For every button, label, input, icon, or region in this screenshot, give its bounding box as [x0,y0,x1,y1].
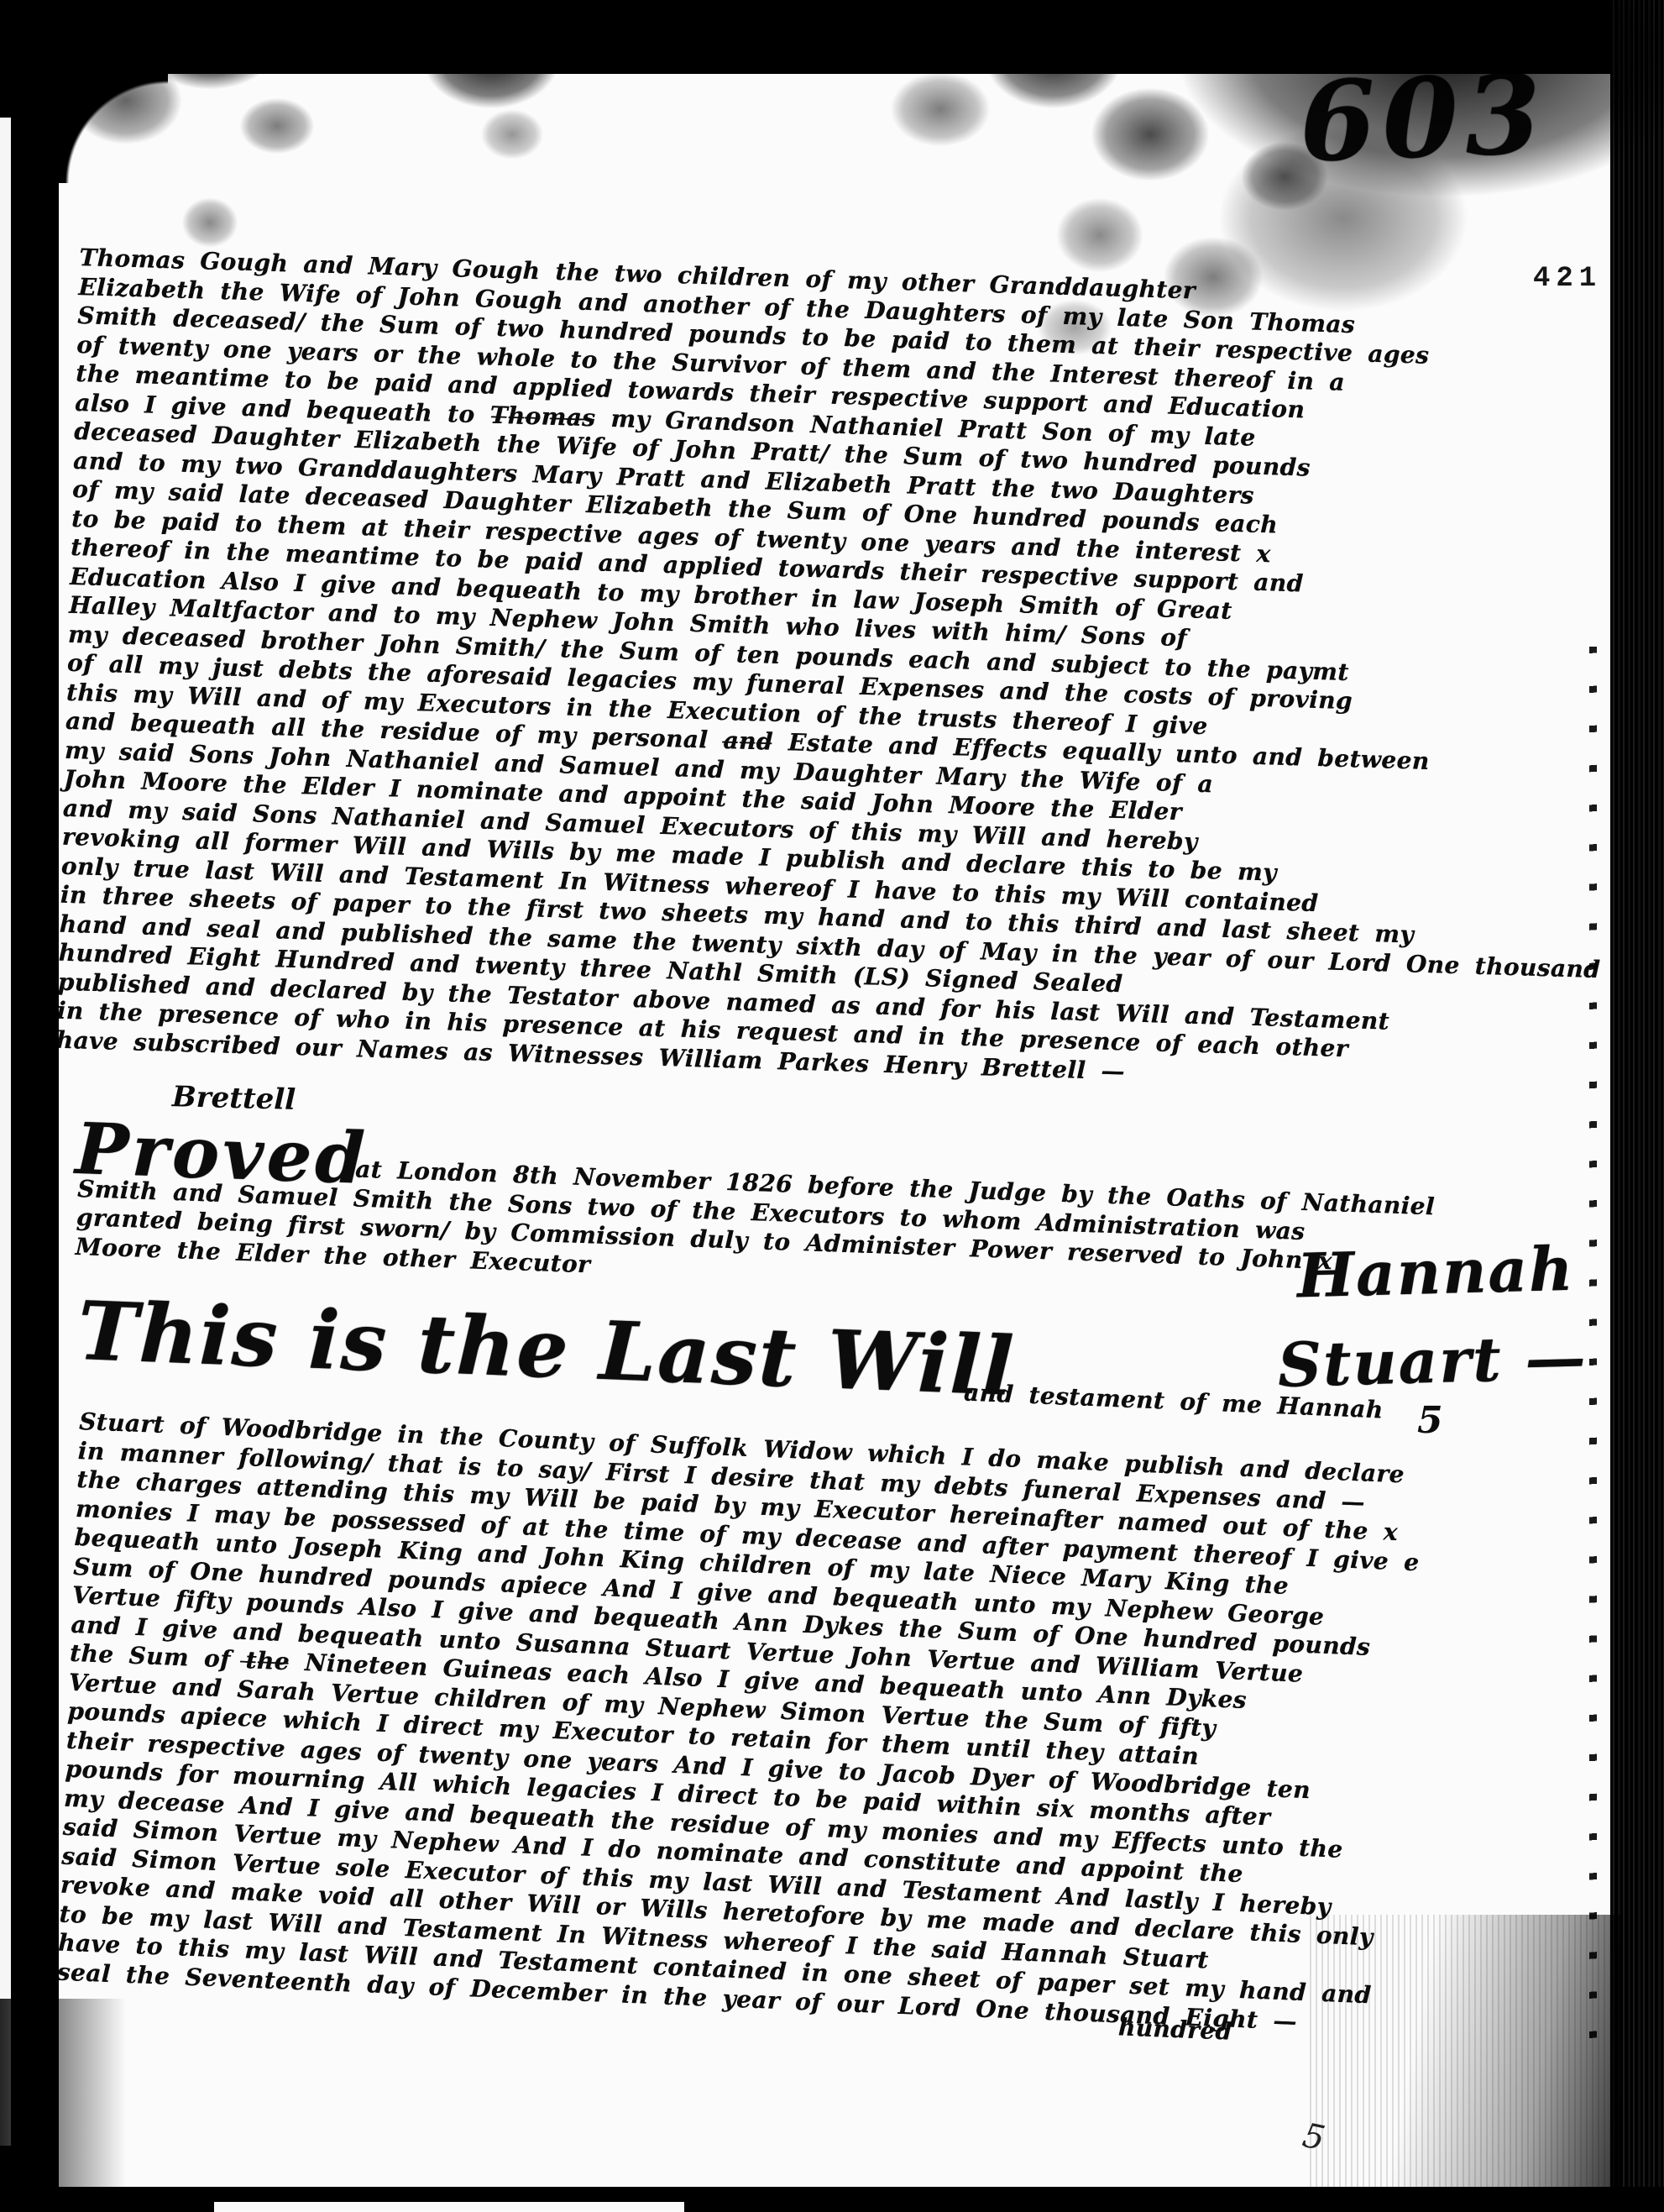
proved-heading: Proved [74,1107,369,1200]
first-will-text-block: Thomas Gough and Mary Gough the two chil… [55,244,1363,1093]
binding-stitch-marks [1589,647,1597,2066]
carryover-word: hundred [1117,2013,1232,2047]
margin-name-line1: Hannah [1296,1233,1575,1312]
scan-border-right [1610,0,1664,2212]
scan-border-top [0,0,1664,74]
page-number-stamp: 421 [1533,263,1602,295]
margin-number: 5 [1417,1399,1443,1442]
scan-border-bottom-notch [214,2202,684,2212]
second-will-text-block: Stuart of Woodbridge in the County of Su… [56,1407,1363,2038]
scan-edge-sliver [0,118,11,2146]
margin-name-line2: Stuart — [1277,1321,1588,1401]
scanned-document-page: 603 421 Thomas Gough and Mary Gough the … [0,0,1664,2212]
page-corner-shadow [59,74,168,183]
